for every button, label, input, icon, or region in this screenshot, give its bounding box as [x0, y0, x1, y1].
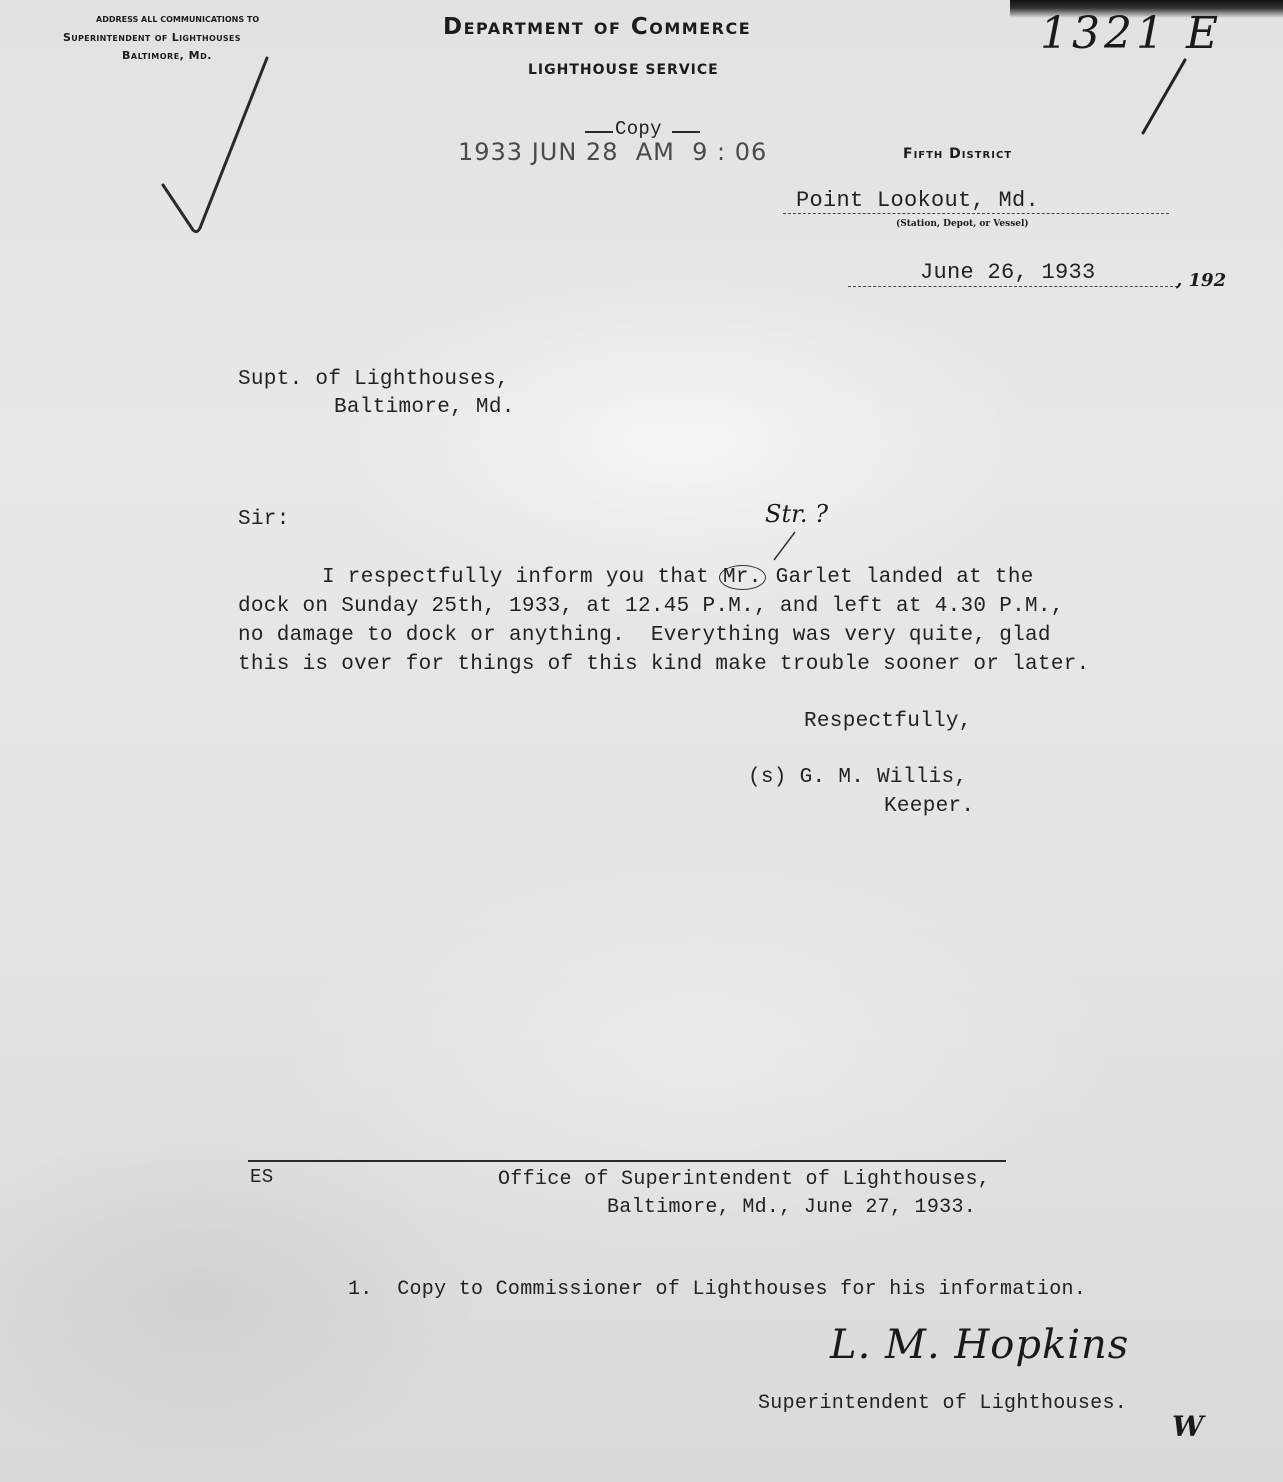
letter-date: June 26, 1933: [920, 260, 1096, 285]
recipient-line1: Supt. of Lighthouses,: [238, 368, 509, 391]
checkmark-icon: [155, 50, 275, 240]
file-slash-mark: [1135, 55, 1195, 135]
endorsement-office-line1: Office of Superintendent of Lighthouses,: [498, 1168, 990, 1191]
copy-mark-dash-left: [585, 131, 613, 133]
department-heading: Department of Commerce: [443, 14, 751, 40]
copy-mark: Copy: [615, 118, 662, 140]
initial-mark: W: [1172, 1410, 1203, 1443]
recipient-line2: Baltimore, Md.: [334, 396, 515, 419]
body-line-1-start: I respectfully inform you that: [322, 566, 722, 589]
received-stamp: 1933 JUN 28 AM 9 : 06: [458, 138, 767, 166]
letterhead-address-line2: Superintendent of Lighthouses: [63, 31, 241, 44]
service-heading: LIGHTHOUSE SERVICE: [528, 62, 719, 78]
letterhead-address-line1: ADDRESS ALL COMMUNICATIONS TO: [96, 15, 259, 24]
endorsement-divider: [248, 1160, 1006, 1162]
district-label: Fifth District: [903, 146, 1012, 162]
station-underline: [783, 213, 1169, 214]
circled-word: Mr.: [719, 565, 766, 590]
salutation: Sir:: [238, 508, 290, 531]
body-line-3: no damage to dock or anything. Everythin…: [238, 624, 1051, 647]
date-underline: [848, 286, 1178, 287]
station-value: Point Lookout, Md.: [796, 188, 1039, 213]
body-line-1: I respectfully inform you that Mr. Garle…: [322, 566, 1034, 589]
file-number: 1321 E: [1040, 8, 1222, 59]
superintendent-title: Superintendent of Lighthouses.: [758, 1392, 1127, 1415]
margin-note: Str. ?: [765, 500, 828, 528]
body-line-1-end: Garlet landed at the: [763, 566, 1034, 589]
signature-typed: (s) G. M. Willis,: [748, 766, 967, 789]
endorsement-office-line2: Baltimore, Md., June 27, 1933.: [607, 1196, 976, 1219]
note-connector-line: [760, 530, 800, 570]
closing: Respectfully,: [804, 710, 972, 733]
signer-title: Keeper.: [884, 795, 974, 818]
body-line-4: this is over for things of this kind mak…: [238, 653, 1090, 676]
year-prefix: , 192: [1176, 270, 1226, 291]
station-caption: (Station, Depot, or Vessel): [896, 219, 1029, 229]
body-line-2: dock on Sunday 25th, 1933, at 12.45 P.M.…: [238, 595, 1064, 618]
handwritten-signature: L. M. Hopkins: [830, 1322, 1129, 1368]
endorsement-item-1: 1. Copy to Commissioner of Lighthouses f…: [348, 1278, 1086, 1301]
endorsement-initials: ES: [250, 1166, 273, 1188]
copy-mark-dash-right: [672, 131, 700, 133]
